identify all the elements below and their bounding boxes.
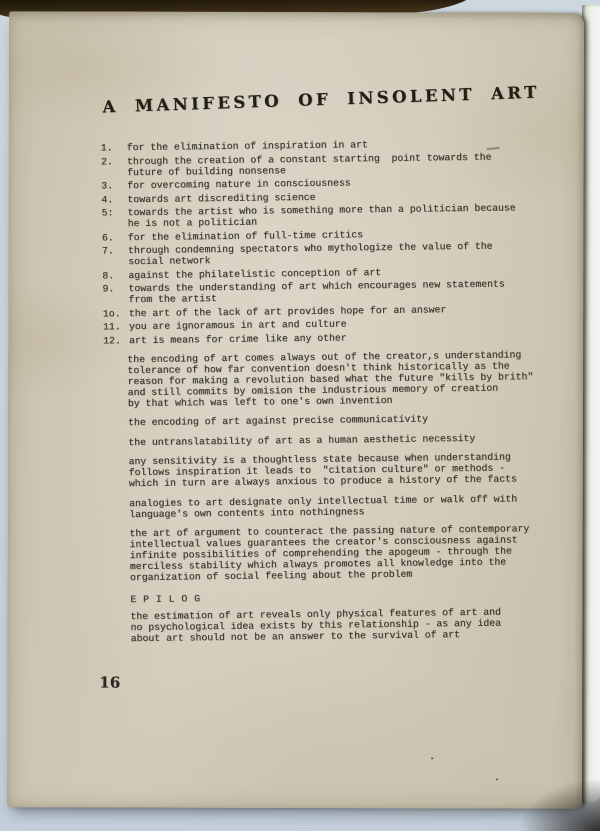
item-number: 3. [101,180,127,191]
item-text: you are ignoramous in art and culture [129,319,347,333]
list-item: 9.towards the understanding of art which… [102,278,554,306]
item-number: 4. [101,194,127,205]
photo-backdrop: A MANIFESTO OF INSOLENT ART 1.for the el… [0,0,600,831]
item-number: 9. [102,283,128,305]
epilog-text: the estimation of art reveals only physi… [130,606,558,644]
item-text: art is means for crime like any other [129,332,347,346]
list-item: 5:towards the artist who is something mo… [101,202,553,230]
next-page-edge [582,5,600,803]
item-text: towards the understanding of art which e… [128,279,505,306]
item-text: through the creation of a constant start… [127,151,492,177]
item-text: for the elimination of full-time critics [128,229,363,243]
item-number: 11. [103,321,129,332]
corner-shadow [518,778,600,831]
typewritten-text: 1.for the elimination of inspiration in … [101,137,559,653]
item-number: 6. [102,232,128,243]
item-number: 7. [102,245,128,267]
manifesto-list: 1.for the elimination of inspiration in … [101,137,555,346]
list-item: 2.through the creation of a constant sta… [101,150,553,178]
item-text: towards art discrediting science [127,191,315,204]
item-number: 8. [102,270,128,281]
item-text: through condemning spectators who mythol… [128,241,493,267]
epilog-heading: E P I L O G [130,589,558,605]
item-text: the art of the lack of art provides hope… [129,304,447,319]
paragraph: the untranslatability of art as a human … [128,431,556,447]
item-text: towards the artist who is something more… [127,202,515,229]
paragraph: analogies to art designate only intellec… [129,492,557,519]
page-number: 16 [99,673,120,691]
paragraph: the encoding of art comes always out of … [127,348,556,408]
item-text: for overcoming nature in consciousness [127,177,351,191]
item-number: 12. [103,335,129,346]
paper-speck [431,757,433,759]
paragraph: the art of argument to counteract the pa… [129,523,558,583]
item-number: 1o. [103,308,129,319]
item-number: 2. [101,156,127,178]
book-page: A MANIFESTO OF INSOLENT ART 1.for the el… [7,11,584,809]
list-item: 12.art is means for crime like any other [103,329,555,346]
paragraph: the encoding of art against precise comm… [128,412,556,428]
paragraph-block: the encoding of art comes always out of … [127,348,558,583]
item-number: 1. [101,142,127,153]
item-text: for the elimination of inspiration in ar… [127,139,368,153]
item-text: against the philatelistic conception of … [128,267,381,281]
item-number: 5: [101,207,127,229]
page-title: A MANIFESTO OF INSOLENT ART [102,83,540,117]
paper-speck [496,779,498,781]
epilog-section: E P I L O G the estimation of art reveal… [130,589,559,644]
list-item: 7.through condemning spectators who myth… [102,240,554,268]
paragraph: any sensitivity is a thoughtless state b… [129,451,557,489]
